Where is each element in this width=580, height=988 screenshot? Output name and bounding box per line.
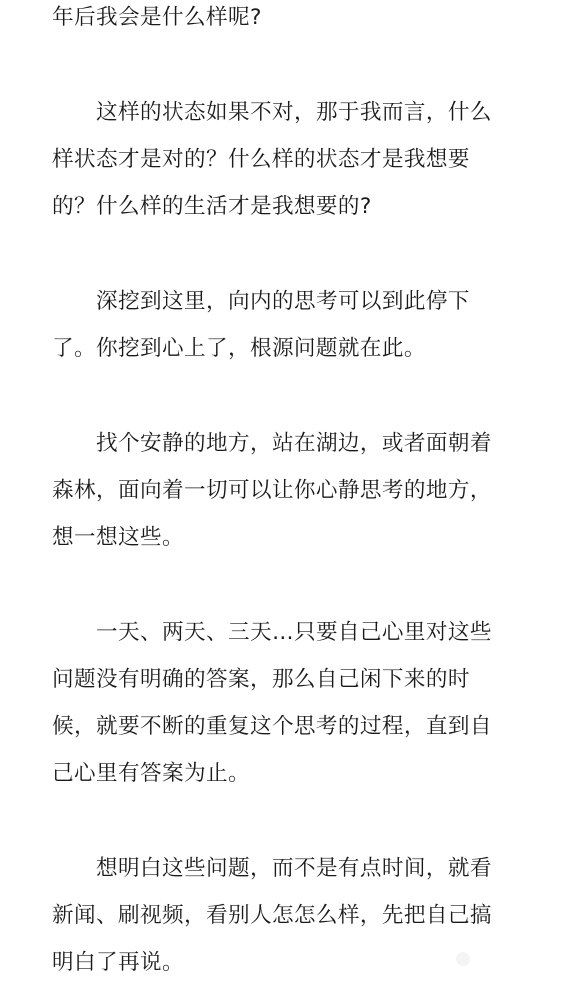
paragraph-line: 找个安静的地方，站在湖边，或者面朝着 [52,420,534,467]
paragraph-line: 年后我会是什么样呢? [52,0,534,41]
paragraph-line: 的？什么样的生活才是我想要的? [52,183,534,230]
paragraph-line: 候，就要不断的重复这个思考的过程，直到自 [52,703,534,750]
paragraph-line: 想明白这些问题，而不是有点时间，就看 [52,845,534,892]
article-body: 年后我会是什么样呢? 这样的状态如果不对，那于我而言，什么 样状态才是对的？什么… [52,0,534,986]
watermark-mark [456,952,470,966]
paragraph-line: 森林，面向着一切可以让你心静思考的地方， [52,467,534,514]
paragraph-5: 一天、两天、三天…只要自己心里对这些 问题没有明确的答案，那么自己闲下来的时 候… [52,609,534,797]
paragraph-line: 新闻、刷视频，看别人怎怎么样，先把自己搞 [52,892,534,939]
paragraph-line: 这样的状态如果不对，那于我而言，什么 [52,89,534,136]
paragraph-3: 深挖到这里，向内的思考可以到此停下 了。你挖到心上了，根源问题就在此。 [52,278,534,372]
paragraph-line: 深挖到这里，向内的思考可以到此停下 [52,278,534,325]
paragraph-line: 问题没有明确的答案，那么自己闲下来的时 [52,656,534,703]
paragraph-line: 想一想这些。 [52,514,534,561]
paragraph-1: 年后我会是什么样呢? [52,0,534,41]
paragraph-line: 己心里有答案为止。 [52,750,534,797]
paragraph-2: 这样的状态如果不对，那于我而言，什么 样状态才是对的？什么样的状态才是我想要 的… [52,89,534,230]
paragraph-line: 了。你挖到心上了，根源问题就在此。 [52,325,534,372]
paragraph-line: 样状态才是对的？什么样的状态才是我想要 [52,136,534,183]
paragraph-4: 找个安静的地方，站在湖边，或者面朝着 森林，面向着一切可以让你心静思考的地方， … [52,420,534,561]
paragraph-line: 一天、两天、三天…只要自己心里对这些 [52,609,534,656]
